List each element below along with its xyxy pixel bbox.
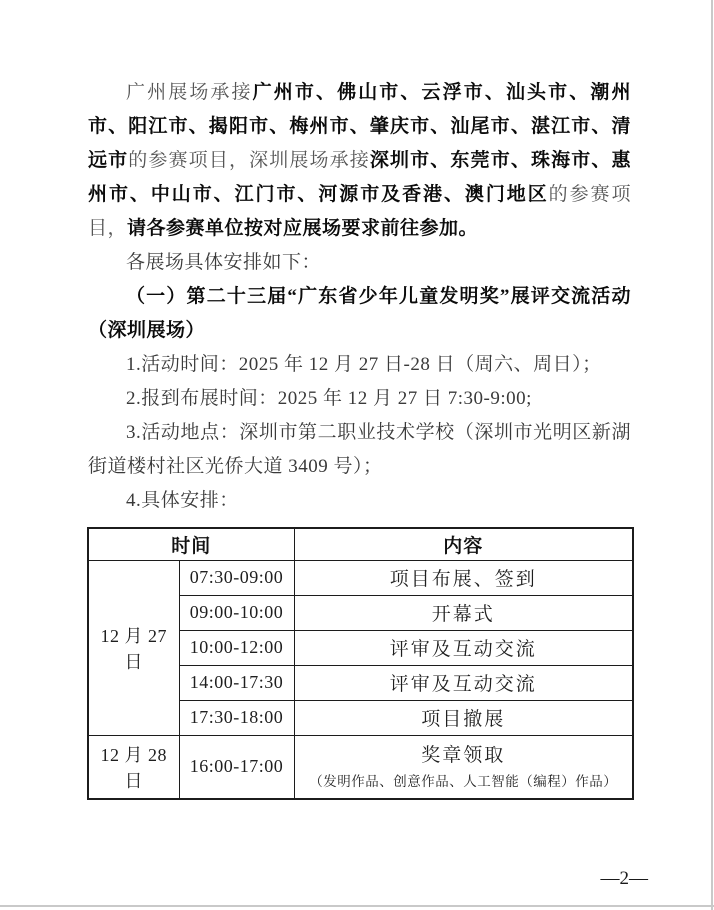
activity: 开幕式: [294, 595, 633, 630]
section-heading-shenzhen-venue: （一）第二十三届“广东省少年儿童发明奖”展评交流活动（深圳展场）: [88, 280, 631, 348]
activity: 项目布展、签到: [294, 560, 633, 595]
page-number: —2—: [601, 868, 649, 890]
list-item-location: 3.活动地点：深圳市第二职业技术学校（深圳市光明区新湖街道楼村社区光侨大道 34…: [88, 416, 631, 484]
time-slot: 09:00-10:00: [179, 595, 294, 630]
venue-intro-guangzhou: 广州展场承接: [126, 82, 253, 103]
document-body: 广州展场承接广州市、佛山市、云浮市、汕头市、潮州市、阳江市、揭阳市、梅州市、肇庆…: [88, 76, 631, 800]
list-item-activity-time: 1.活动时间：2025 年 12 月 27 日-28 日（周六、周日）；: [88, 348, 631, 382]
venue-instruction: 请各参赛单位按对应展场要求前往参加。: [127, 218, 478, 239]
paragraph-arrangements-intro: 各展场具体安排如下：: [88, 246, 631, 280]
date-dec-27: 12 月 27 日: [88, 560, 179, 735]
scan-edge-right: [711, 0, 713, 910]
paragraph-venues: 广州展场承接广州市、佛山市、云浮市、汕头市、潮州市、阳江市、揭阳市、梅州市、肇庆…: [88, 76, 631, 246]
scan-edge-bottom: [0, 905, 714, 907]
time-slot: 14:00-17:30: [179, 665, 294, 700]
table-header-row: 时间 内容: [88, 528, 633, 560]
date-dec-28: 12 月 28 日: [88, 735, 179, 799]
header-time: 时间: [88, 528, 294, 560]
activity: 评审及互动交流: [294, 665, 633, 700]
table-row: 12 月 27 日 07:30-09:00 项目布展、签到: [88, 560, 633, 595]
activity: 项目撤展: [294, 700, 633, 735]
time-slot: 17:30-18:00: [179, 700, 294, 735]
time-slot: 16:00-17:00: [179, 735, 294, 799]
activity: 评审及互动交流: [294, 630, 633, 665]
award-note: （发明作品、创意作品、人工智能（编程）作品）: [297, 771, 631, 793]
activity-award: 奖章领取 （发明作品、创意作品、人工智能（编程）作品）: [294, 735, 633, 799]
list-item-checkin-time: 2.报到布展时间：2025 年 12 月 27 日 7:30-9:00;: [88, 382, 631, 416]
time-slot: 07:30-09:00: [179, 560, 294, 595]
table-row: 12 月 28 日 16:00-17:00 奖章领取 （发明作品、创意作品、人工…: [88, 735, 633, 799]
schedule-table: 时间 内容 12 月 27 日 07:30-09:00 项目布展、签到 09:0…: [87, 527, 634, 800]
list-item-schedule-label: 4.具体安排：: [88, 484, 631, 518]
award-title: 奖章领取: [297, 741, 631, 771]
venue-intro-shenzhen: 的参赛项目，深圳展场承接: [128, 150, 370, 171]
time-slot: 10:00-12:00: [179, 630, 294, 665]
header-content: 内容: [294, 528, 633, 560]
